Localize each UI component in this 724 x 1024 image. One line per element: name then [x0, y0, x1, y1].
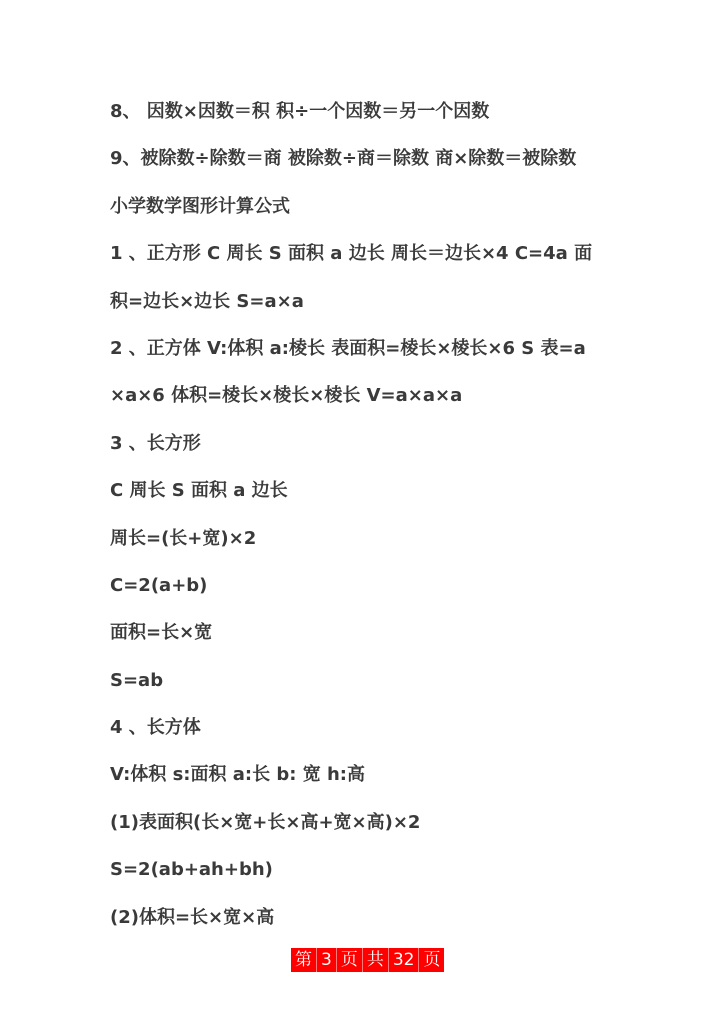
rectangle-heading: 3 、长方形 [110, 428, 620, 475]
rectangle-area-text: 面积=长×宽 [110, 617, 620, 664]
cuboid-heading: 4 、长方体 [110, 712, 620, 759]
square-formula-line-2: 积=边长×边长 S=a×a [110, 286, 620, 333]
cuboid-surface-area-text: (1)表面积(长×宽+长×高+宽×高)×2 [110, 807, 620, 854]
rectangle-perimeter-text: 周长=(长+宽)×2 [110, 523, 620, 570]
cuboid-volume-text: (2)体积=长×宽×高 [110, 902, 620, 949]
current-page-number: 3 [317, 948, 337, 972]
document-body: 8、 因数×因数＝积 积÷一个因数＝另一个因数 9、被除数÷除数＝商 被除数÷商… [110, 96, 620, 949]
footer-label-ye-end: 页 [419, 948, 444, 972]
cube-formula-line-1: 2 、正方体 V:体积 a:棱长 表面积=棱长×棱长×6 S 表=a [110, 333, 620, 380]
formula-line-8: 8、 因数×因数＝积 积÷一个因数＝另一个因数 [110, 96, 620, 143]
rectangle-variables: C 周长 S 面积 a 边长 [110, 475, 620, 522]
footer-label-di: 第 [291, 948, 317, 972]
square-formula-line-1: 1 、正方形 C 周长 S 面积 a 边长 周长＝边长×4 C=4a 面 [110, 238, 620, 285]
cuboid-surface-area-formula: S=2(ab+ah+bh) [110, 854, 620, 901]
total-page-count: 32 [389, 948, 420, 972]
rectangle-area-formula: S=ab [110, 665, 620, 712]
page-number-footer: 第 3 页 共 32 页 [291, 948, 444, 972]
cuboid-variables: V:体积 s:面积 a:长 b: 宽 h:高 [110, 759, 620, 806]
footer-label-ye: 页 [337, 948, 363, 972]
document-page: 8、 因数×因数＝积 积÷一个因数＝另一个因数 9、被除数÷除数＝商 被除数÷商… [0, 0, 724, 1024]
formula-line-9: 9、被除数÷除数＝商 被除数÷商＝除数 商×除数＝被除数 [110, 143, 620, 190]
footer-label-gong: 共 [363, 948, 389, 972]
section-heading: 小学数学图形计算公式 [110, 191, 620, 238]
rectangle-perimeter-formula: C=2(a+b) [110, 570, 620, 617]
cube-formula-line-2: ×a×6 体积=棱长×棱长×棱长 V=a×a×a [110, 380, 620, 427]
